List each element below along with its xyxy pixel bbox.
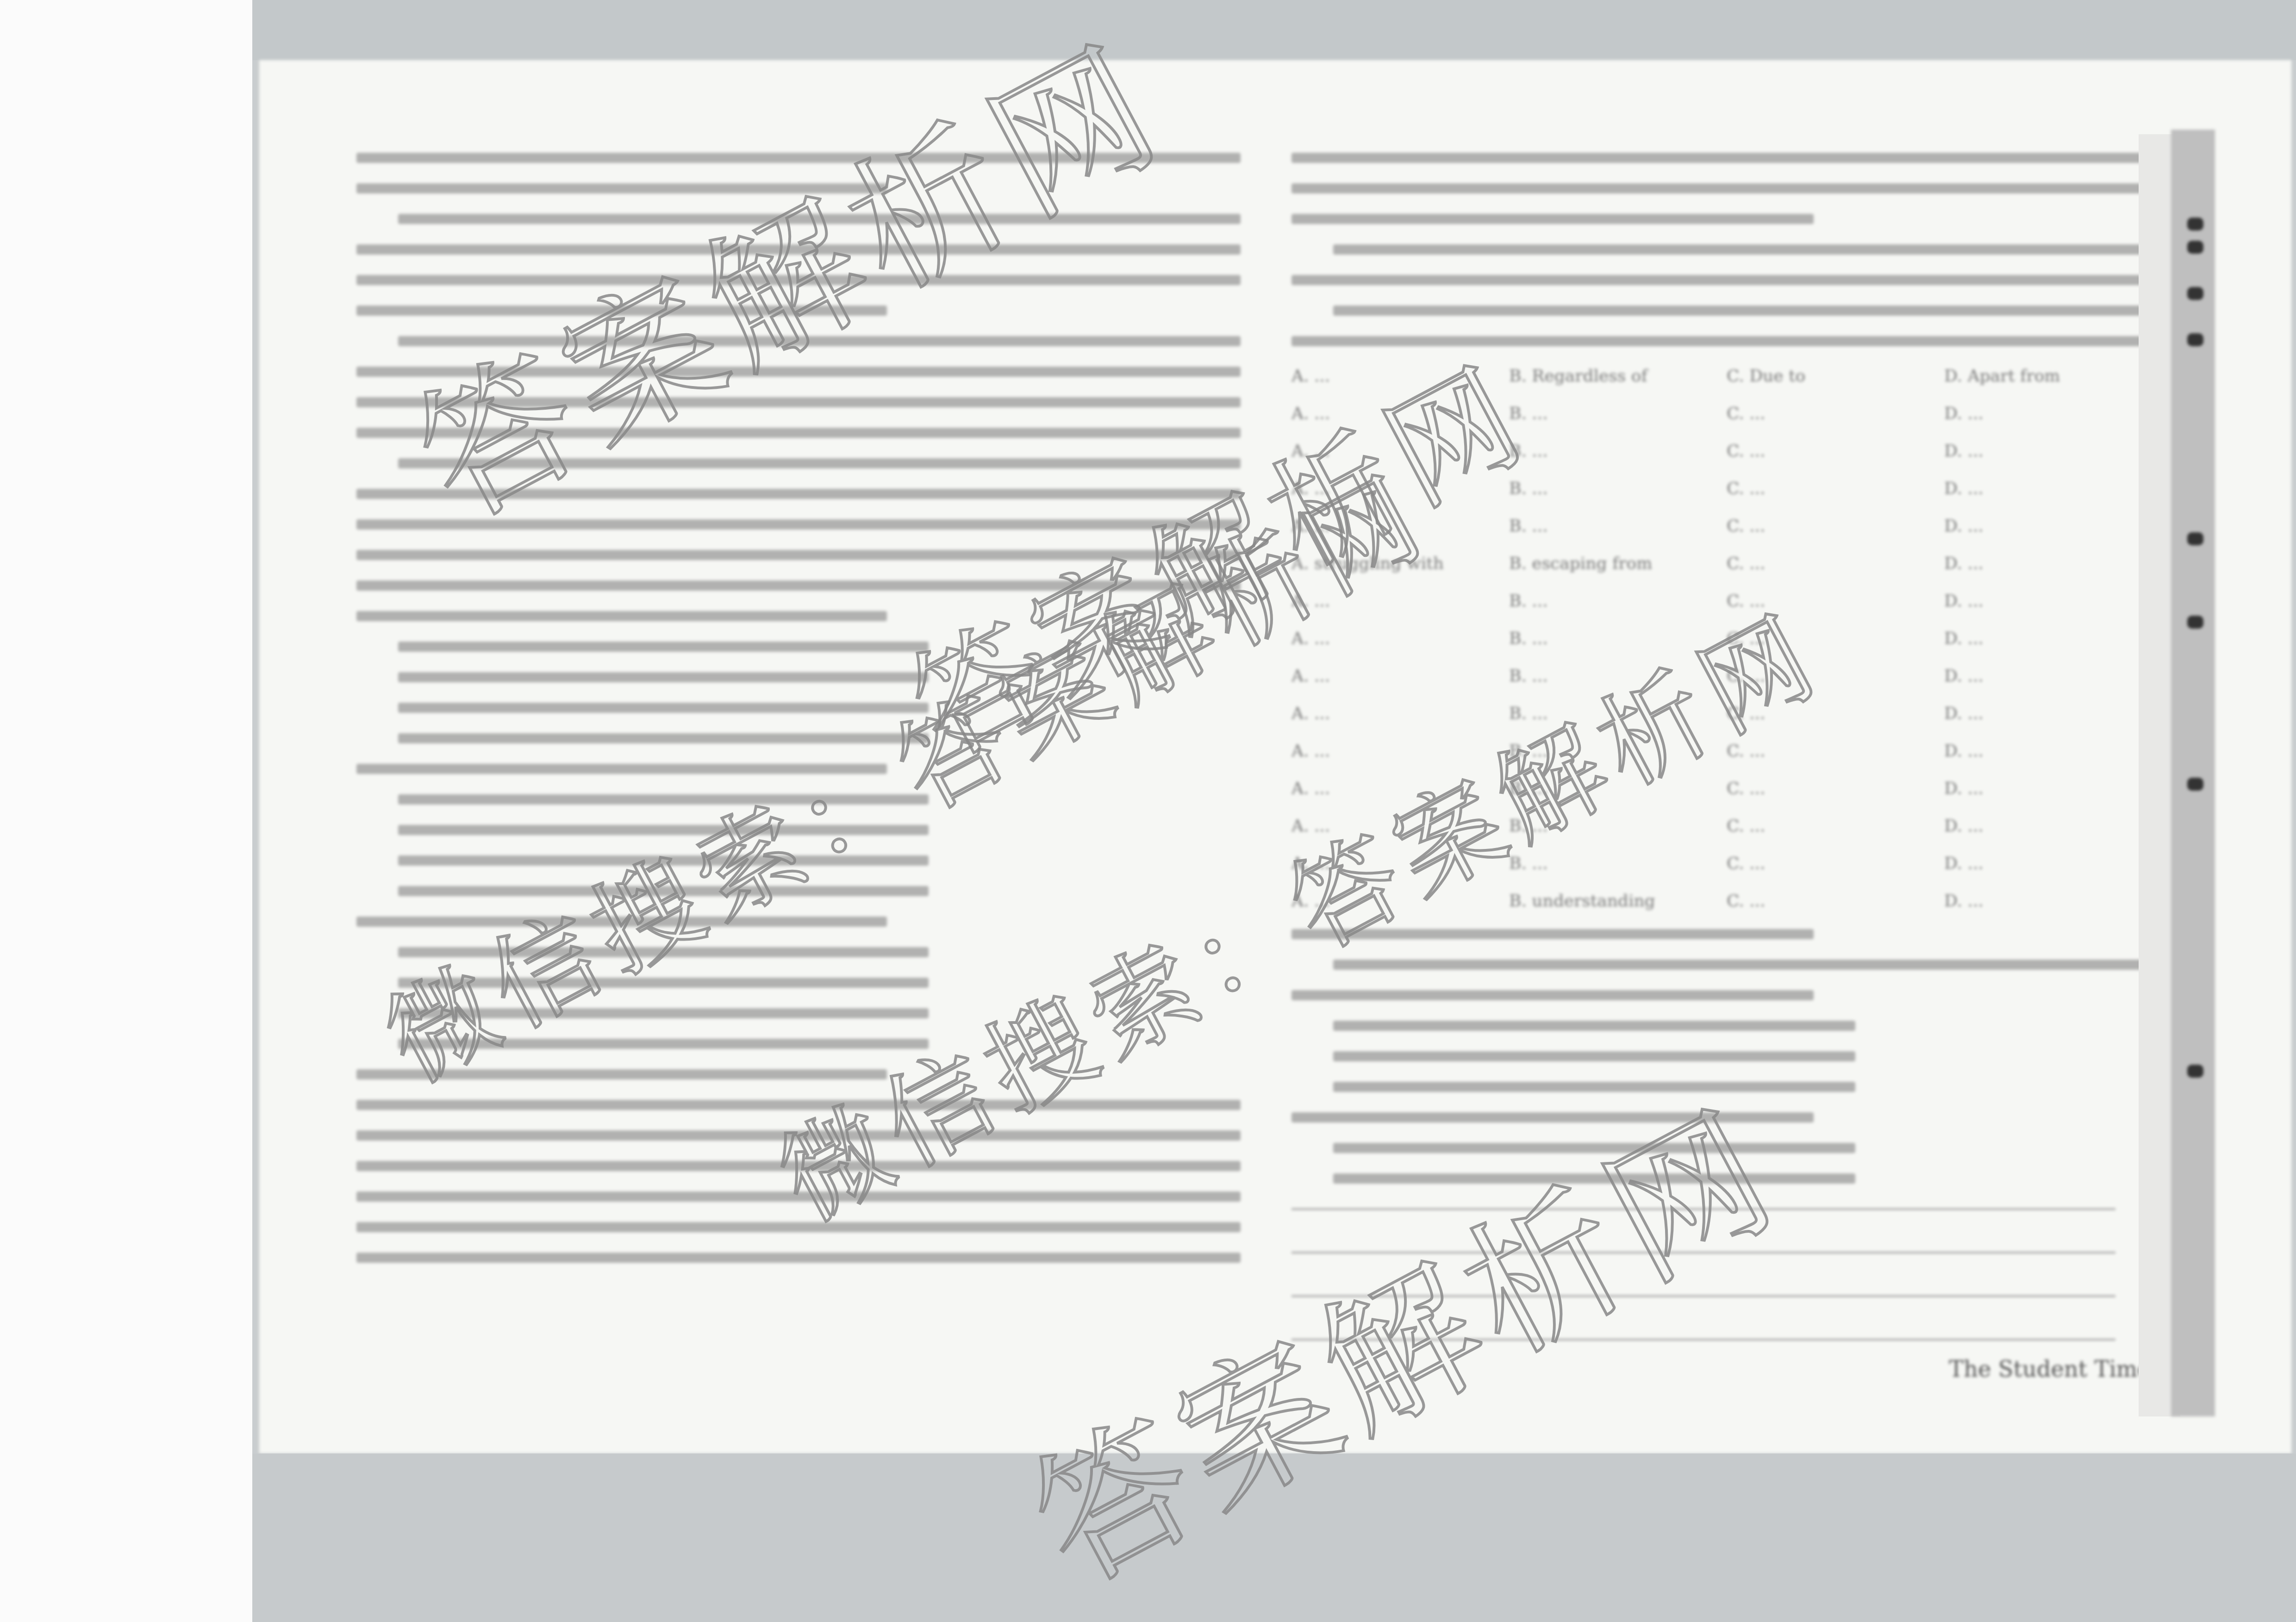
option-item: B. ... — [1509, 517, 1727, 536]
option-item: A. ... — [1291, 667, 1509, 686]
option-item: B. ... — [1509, 592, 1727, 611]
option-item: D. ... — [1944, 479, 2162, 498]
option-item: C. Due to — [1727, 367, 1944, 386]
top-margin — [252, 0, 2296, 60]
option-item: D. ... — [1944, 742, 2162, 761]
option-item: D. ... — [1944, 517, 2162, 536]
color-bar-strip — [2171, 130, 2215, 1416]
left-margin — [0, 0, 252, 1622]
option-item: C. ... — [1727, 404, 1944, 423]
option-item: C. ... — [1727, 779, 1944, 798]
strip-mark — [2187, 616, 2203, 629]
option-item: D. ... — [1944, 817, 2162, 836]
publication-name: The Student Times — [1949, 1356, 2162, 1382]
option-item: D. ... — [1944, 704, 2162, 723]
option-item: C. ... — [1727, 854, 1944, 873]
option-item: B. ... — [1509, 479, 1727, 498]
strip-mark — [2187, 778, 2203, 791]
option-item: D. ... — [1944, 554, 2162, 573]
option-item: D. ... — [1944, 854, 2162, 873]
option-item: C. ... — [1727, 817, 1944, 836]
option-item: B. understanding — [1509, 892, 1727, 911]
strip-mark — [2187, 532, 2203, 545]
option-item: B. ... — [1509, 404, 1727, 423]
option-item: A. ... — [1291, 704, 1509, 723]
option-item: B. Regardless of — [1509, 367, 1727, 386]
option-item: C. ... — [1727, 517, 1944, 536]
option-item: D. ... — [1944, 667, 2162, 686]
option-item: D. Apart from — [1944, 367, 2162, 386]
option-item: D. ... — [1944, 629, 2162, 648]
option-item: D. ... — [1944, 779, 2162, 798]
option-item: D. ... — [1944, 404, 2162, 423]
strip-mark — [2187, 241, 2203, 254]
strip-mark — [2187, 333, 2203, 346]
option-item: C. ... — [1727, 479, 1944, 498]
option-item: C. ... — [1727, 442, 1944, 461]
option-item: D. ... — [1944, 892, 2162, 911]
option-item: C. ... — [1727, 892, 1944, 911]
strip-mark — [2187, 287, 2203, 300]
option-item: B. escaping from — [1509, 554, 1727, 573]
strip-mark — [2187, 1065, 2203, 1078]
option-item: D. ... — [1944, 592, 2162, 611]
option-item: D. ... — [1944, 442, 2162, 461]
strip-mark — [2187, 218, 2203, 231]
option-item: C. ... — [1727, 554, 1944, 573]
